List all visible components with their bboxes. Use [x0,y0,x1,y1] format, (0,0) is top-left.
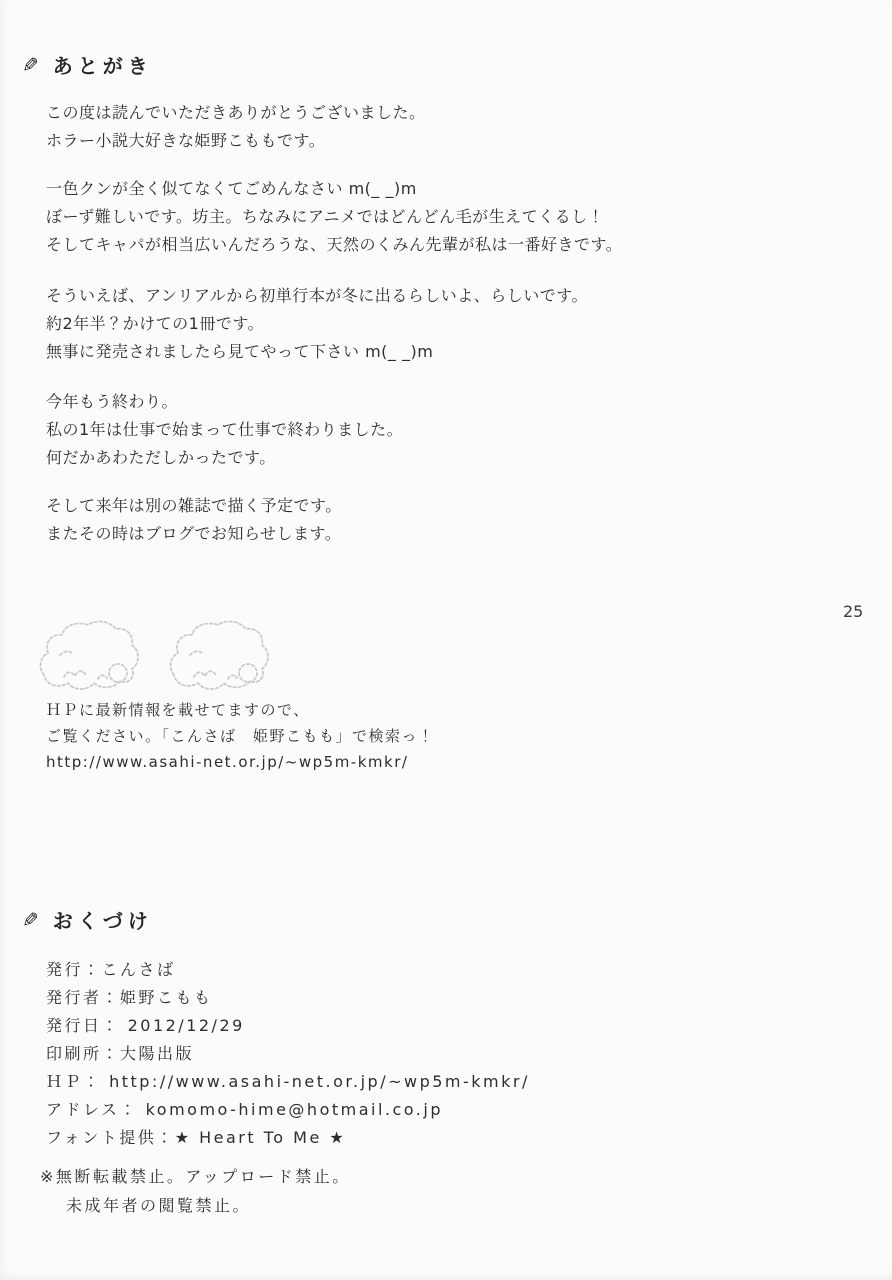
text-line: そして来年は別の雑誌で描く予定です。 [46,492,342,520]
text-line: ご覧ください。「こんさば 姫野こもも」で検索っ！ [46,723,435,749]
afterword-paragraph: そういえば、アンリアルから初単行本が冬に出るらしいよ、らしいです。 約2年半？か… [46,282,588,366]
text-line: 一色クンが全く似てなくてごめんなさい m(_ _)m [46,175,622,203]
colophon-entry-date: 発行日： 2012/12/29 [46,1012,530,1040]
page-number: 25 [843,602,863,621]
text-line: ぼーず難しいです。坊主。ちなみにアニメではどんどん毛が生えてくるし！ [46,203,622,231]
fluffy-sketch-doodles [30,613,278,705]
colophon-heading: ✎ おくづけ [22,905,153,934]
hp-note: ＨＰに最新情報を載せてますので、 ご覧ください。「こんさば 姫野こもも」で検索っ… [46,697,435,775]
colophon-entry-printer: 印刷所：大陽出版 [46,1040,530,1068]
text-line: この度は読んでいただきありがとうございました。 [46,99,426,127]
text-line: ※無断転載禁止。アップロード禁止。 [40,1162,351,1191]
text-line: 私の1年は仕事で始まって仕事で終わりました。 [46,416,403,444]
website-url: http://www.asahi-net.or.jp/~wp5m-kmkr/ [46,749,435,775]
scanned-doujinshi-page: ✎ あとがき この度は読んでいただきありがとうございました。 ホラー小説大好きな… [0,0,892,1280]
text-line: 今年もう終わり。 [46,388,403,416]
text-line: またその時はブログでお知らせします。 [46,520,342,548]
colophon-list: 発行：こんさば 発行者：姫野こもも 発行日： 2012/12/29 印刷所：大陽… [46,956,530,1152]
text-line: ホラー小説大好きな姫野こももです。 [46,127,426,155]
text-line: 何だかあわただしかったです。 [46,444,403,472]
text-line: そういえば、アンリアルから初単行本が冬に出るらしいよ、らしいです。 [46,282,588,310]
pencil-icon: ✎ [22,53,39,77]
section-title-afterword: あとがき [53,50,153,79]
colophon-entry-website: ＨＰ： http://www.asahi-net.or.jp/~wp5m-kmk… [46,1068,530,1096]
afterword-heading: ✎ あとがき [22,50,153,79]
afterword-paragraph: そして来年は別の雑誌で描く予定です。 またその時はブログでお知らせします。 [46,492,342,548]
text-line: 未成年者の閲覧禁止。 [40,1191,351,1220]
colophon-entry-email: アドレス： komomo-hime@hotmail.co.jp [46,1096,530,1124]
pencil-icon: ✎ [22,908,39,932]
afterword-paragraph: この度は読んでいただきありがとうございました。 ホラー小説大好きな姫野こももです… [46,99,426,155]
reproduction-notice: ※無断転載禁止。アップロード禁止。 未成年者の閲覧禁止。 [40,1162,351,1220]
afterword-paragraph: 今年もう終わり。 私の1年は仕事で始まって仕事で終わりました。 何だかあわただし… [46,388,403,472]
afterword-paragraph: 一色クンが全く似てなくてごめんなさい m(_ _)m ぼーず難しいです。坊主。ち… [46,175,622,259]
colophon-entry-font-credit: フォント提供：★ Heart To Me ★ [46,1124,530,1152]
section-title-colophon: おくづけ [53,905,153,934]
colophon-entry-publisher: 発行：こんさば [46,956,530,984]
colophon-entry-author: 発行者：姫野こもも [46,984,530,1012]
text-line: 約2年半？かけての1冊です。 [46,310,588,338]
text-line: 無事に発売されましたら見てやって下さい m(_ _)m [46,338,588,366]
text-line: ＨＰに最新情報を載せてますので、 [46,697,435,723]
text-line: そしてキャパが相当広いんだろうな、天然のくみん先輩が私は一番好きです。 [46,231,622,259]
